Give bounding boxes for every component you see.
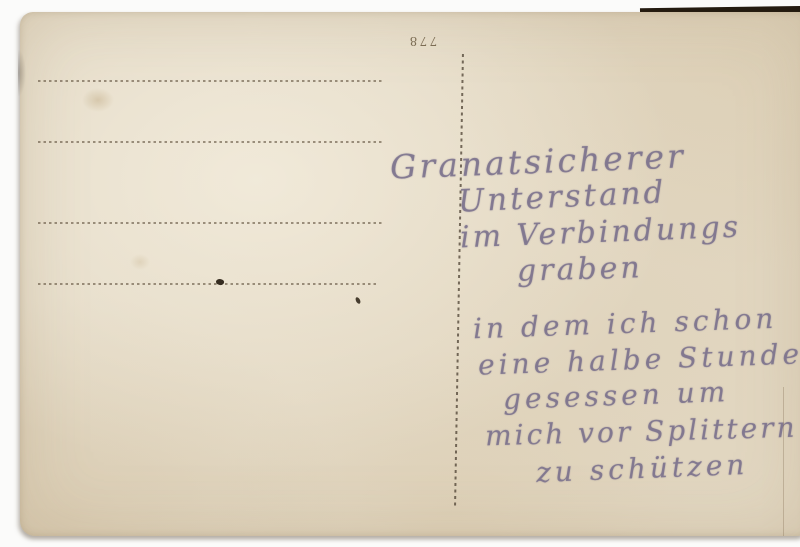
paper-crease	[783, 387, 784, 536]
ink-blot	[215, 278, 224, 286]
handwriting-line: eine halbe Stunde	[478, 337, 800, 381]
address-dotted-line	[38, 80, 382, 82]
handwriting-line: gesessen um	[502, 375, 729, 416]
handwriting-line: zu schützen	[535, 448, 749, 489]
handwriting-line: mich vor Splittern	[485, 411, 798, 453]
handwriting-line: in dem ich schon	[473, 302, 778, 346]
address-dotted-line	[38, 222, 383, 224]
address-dotted-line	[38, 141, 382, 143]
printed-series-number: 778	[392, 32, 452, 48]
paper-speck	[355, 296, 362, 304]
photo-of-postcard: 778 Granatsicherer Unterstand im Verbind…	[0, 0, 800, 547]
handwriting-line: graben	[517, 250, 644, 288]
worn-corner	[18, 50, 28, 96]
address-dotted-line	[38, 283, 376, 285]
divider-dotted-line	[454, 54, 463, 506]
postcard: 778 Granatsicherer Unterstand im Verbind…	[20, 12, 800, 536]
